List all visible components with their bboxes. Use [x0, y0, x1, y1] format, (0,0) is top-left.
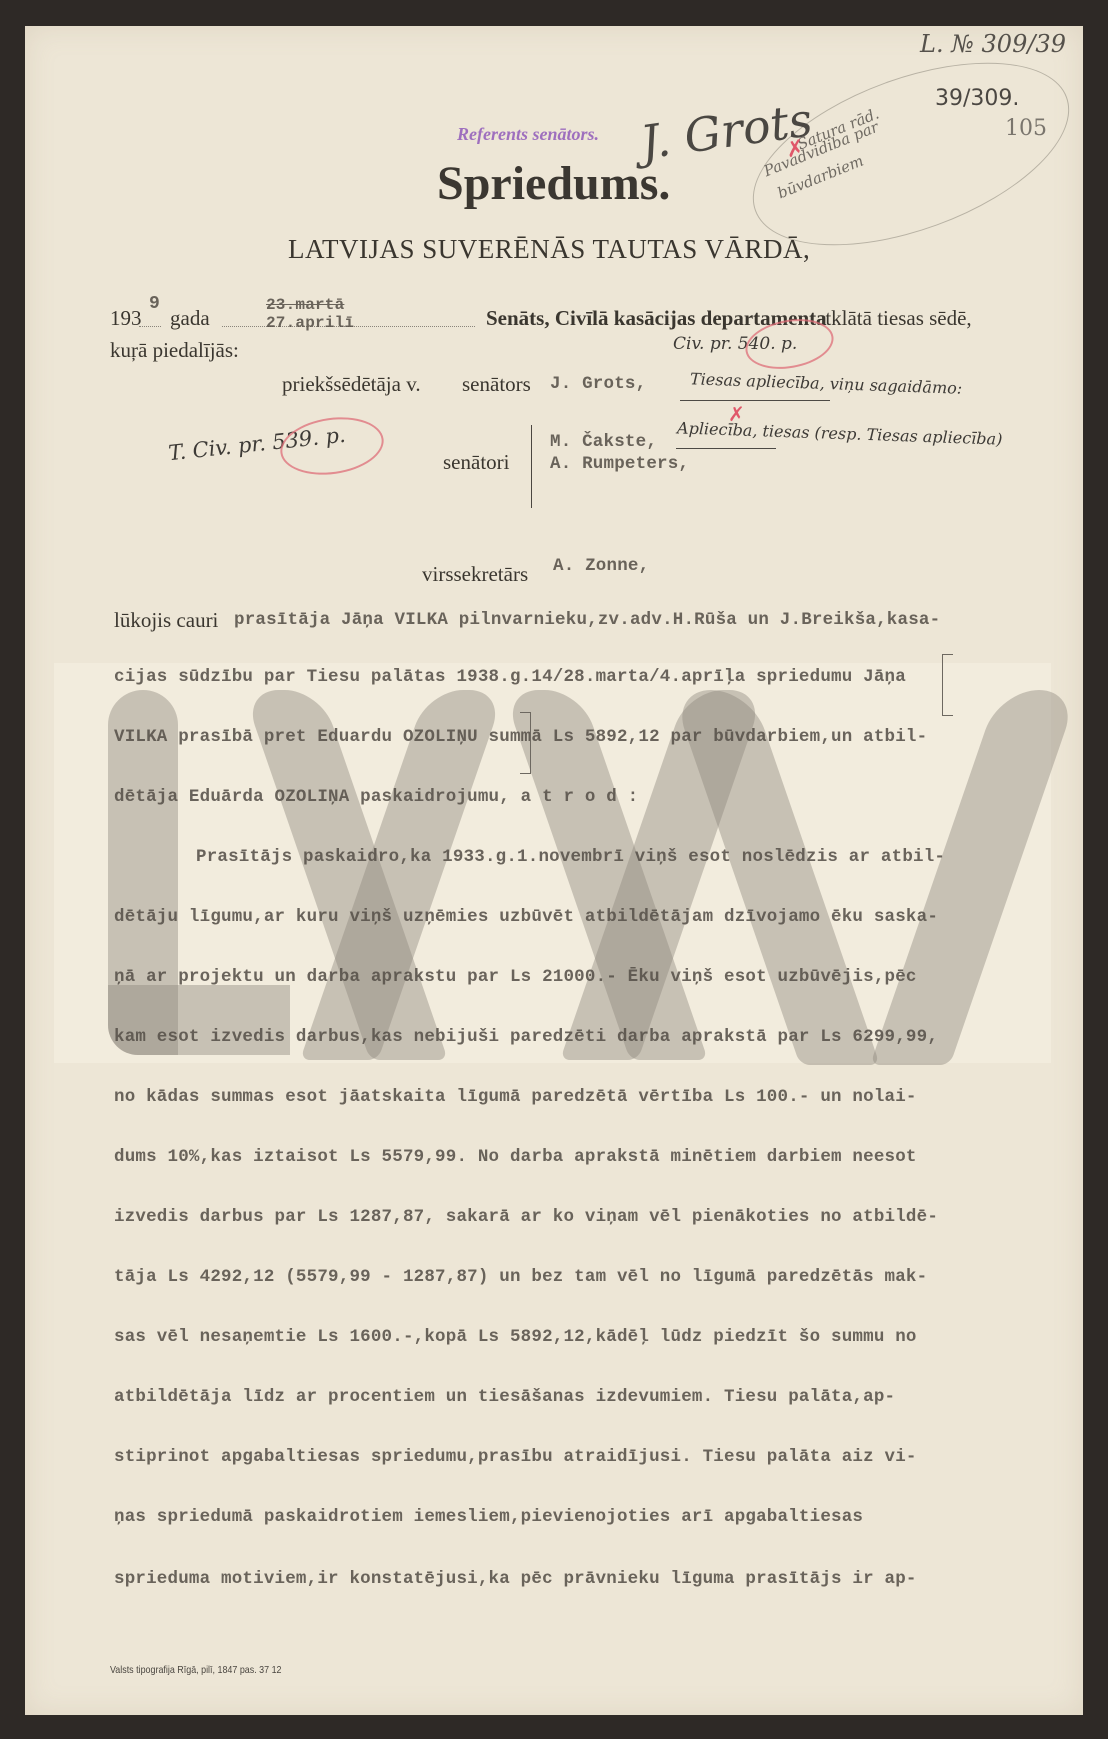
court-suffix: atklātā tiesas sēdē, [816, 306, 972, 331]
body-line: izvedis darbus par Ls 1287,87, sakarā ar… [114, 1207, 938, 1227]
senator-2: A. Rumpeters, [550, 454, 689, 474]
body-line: dētāju līgumu,ar kuru viņš uzņēmies uzbū… [114, 907, 938, 927]
body-line: tāja Ls 4292,12 (5579,99 - 1287,87) un b… [114, 1267, 927, 1287]
gada-label: gada [170, 306, 210, 331]
body-line: atbildētāja līdz ar procentiem un tiesāš… [114, 1387, 895, 1407]
page-title: Spriedums. [437, 156, 670, 211]
year-suffix: 9 [149, 294, 160, 314]
body-line: ņā ar projektu un darba aprakstu par Ls … [114, 967, 917, 987]
lead-label: lūkojis cauri [114, 608, 218, 633]
senators-note-underline [676, 448, 776, 449]
senators-brace [531, 425, 532, 508]
page-subtitle: LATVIJAS SUVERĒNĀS TAUTAS VĀRDĀ, [288, 234, 810, 265]
chair-name: J. Grots, [550, 374, 646, 394]
senator-1: M. Čakste, [550, 432, 657, 452]
body-line: dums 10%,kas iztaisot Ls 5579,99. No dar… [114, 1147, 917, 1167]
chair-note-underline [680, 400, 830, 401]
secretary-label: virssekretārs [422, 562, 528, 587]
body-line: kam esot izvedis darbus,kas nebijuši par… [114, 1027, 938, 1047]
body-line: cijas sūdzību par Tiesu palātas 1938.g.1… [114, 667, 906, 687]
body-line: dētāja Eduārda OZOLIŅA paskaidrojumu, a … [114, 787, 638, 807]
body-line: prasītāja Jāņa VILKA pilnvarnieku,zv.adv… [234, 610, 940, 630]
body-line: sas vēl nesaņemtie Ls 1600.-,kopā Ls 589… [114, 1327, 917, 1347]
file-number: L. № 309/39 [920, 30, 1066, 58]
body-line: sprieduma motiviem,ir konstatējusi,ka pē… [114, 1569, 917, 1589]
printer-imprint: Valsts tipografija Rīgā, pilī, 1847 pas.… [110, 1664, 282, 1676]
secretary-name: A. Zonne, [553, 556, 649, 576]
body-line: no kādas summas esot jāatskaita līgumā p… [114, 1087, 917, 1107]
body-line: Prasītājs paskaidro,ka 1933.g.1.novembrī… [196, 847, 945, 867]
body-line: ņas spriedumā paskaidrotiem iemesliem,pi… [114, 1507, 863, 1527]
chair-label: priekšsēdētāja v. [282, 372, 421, 397]
body-line: stiprinot apgabaltiesas spriedumu,prasīb… [114, 1447, 917, 1467]
participants-label: kuŗā piedalījās: [110, 338, 239, 363]
date-struck: 23.martā [266, 296, 344, 314]
pencil-bracket-right [942, 654, 953, 716]
senators-label: senātori [443, 450, 509, 475]
year-prefix: 193 [110, 306, 142, 331]
session-date: 27.aprilī [266, 314, 354, 332]
referent-label: Referents senātors. [457, 124, 599, 145]
pencil-bracket-left [520, 712, 531, 774]
chair-role: senātors [462, 372, 531, 397]
year-dotline [139, 326, 161, 327]
